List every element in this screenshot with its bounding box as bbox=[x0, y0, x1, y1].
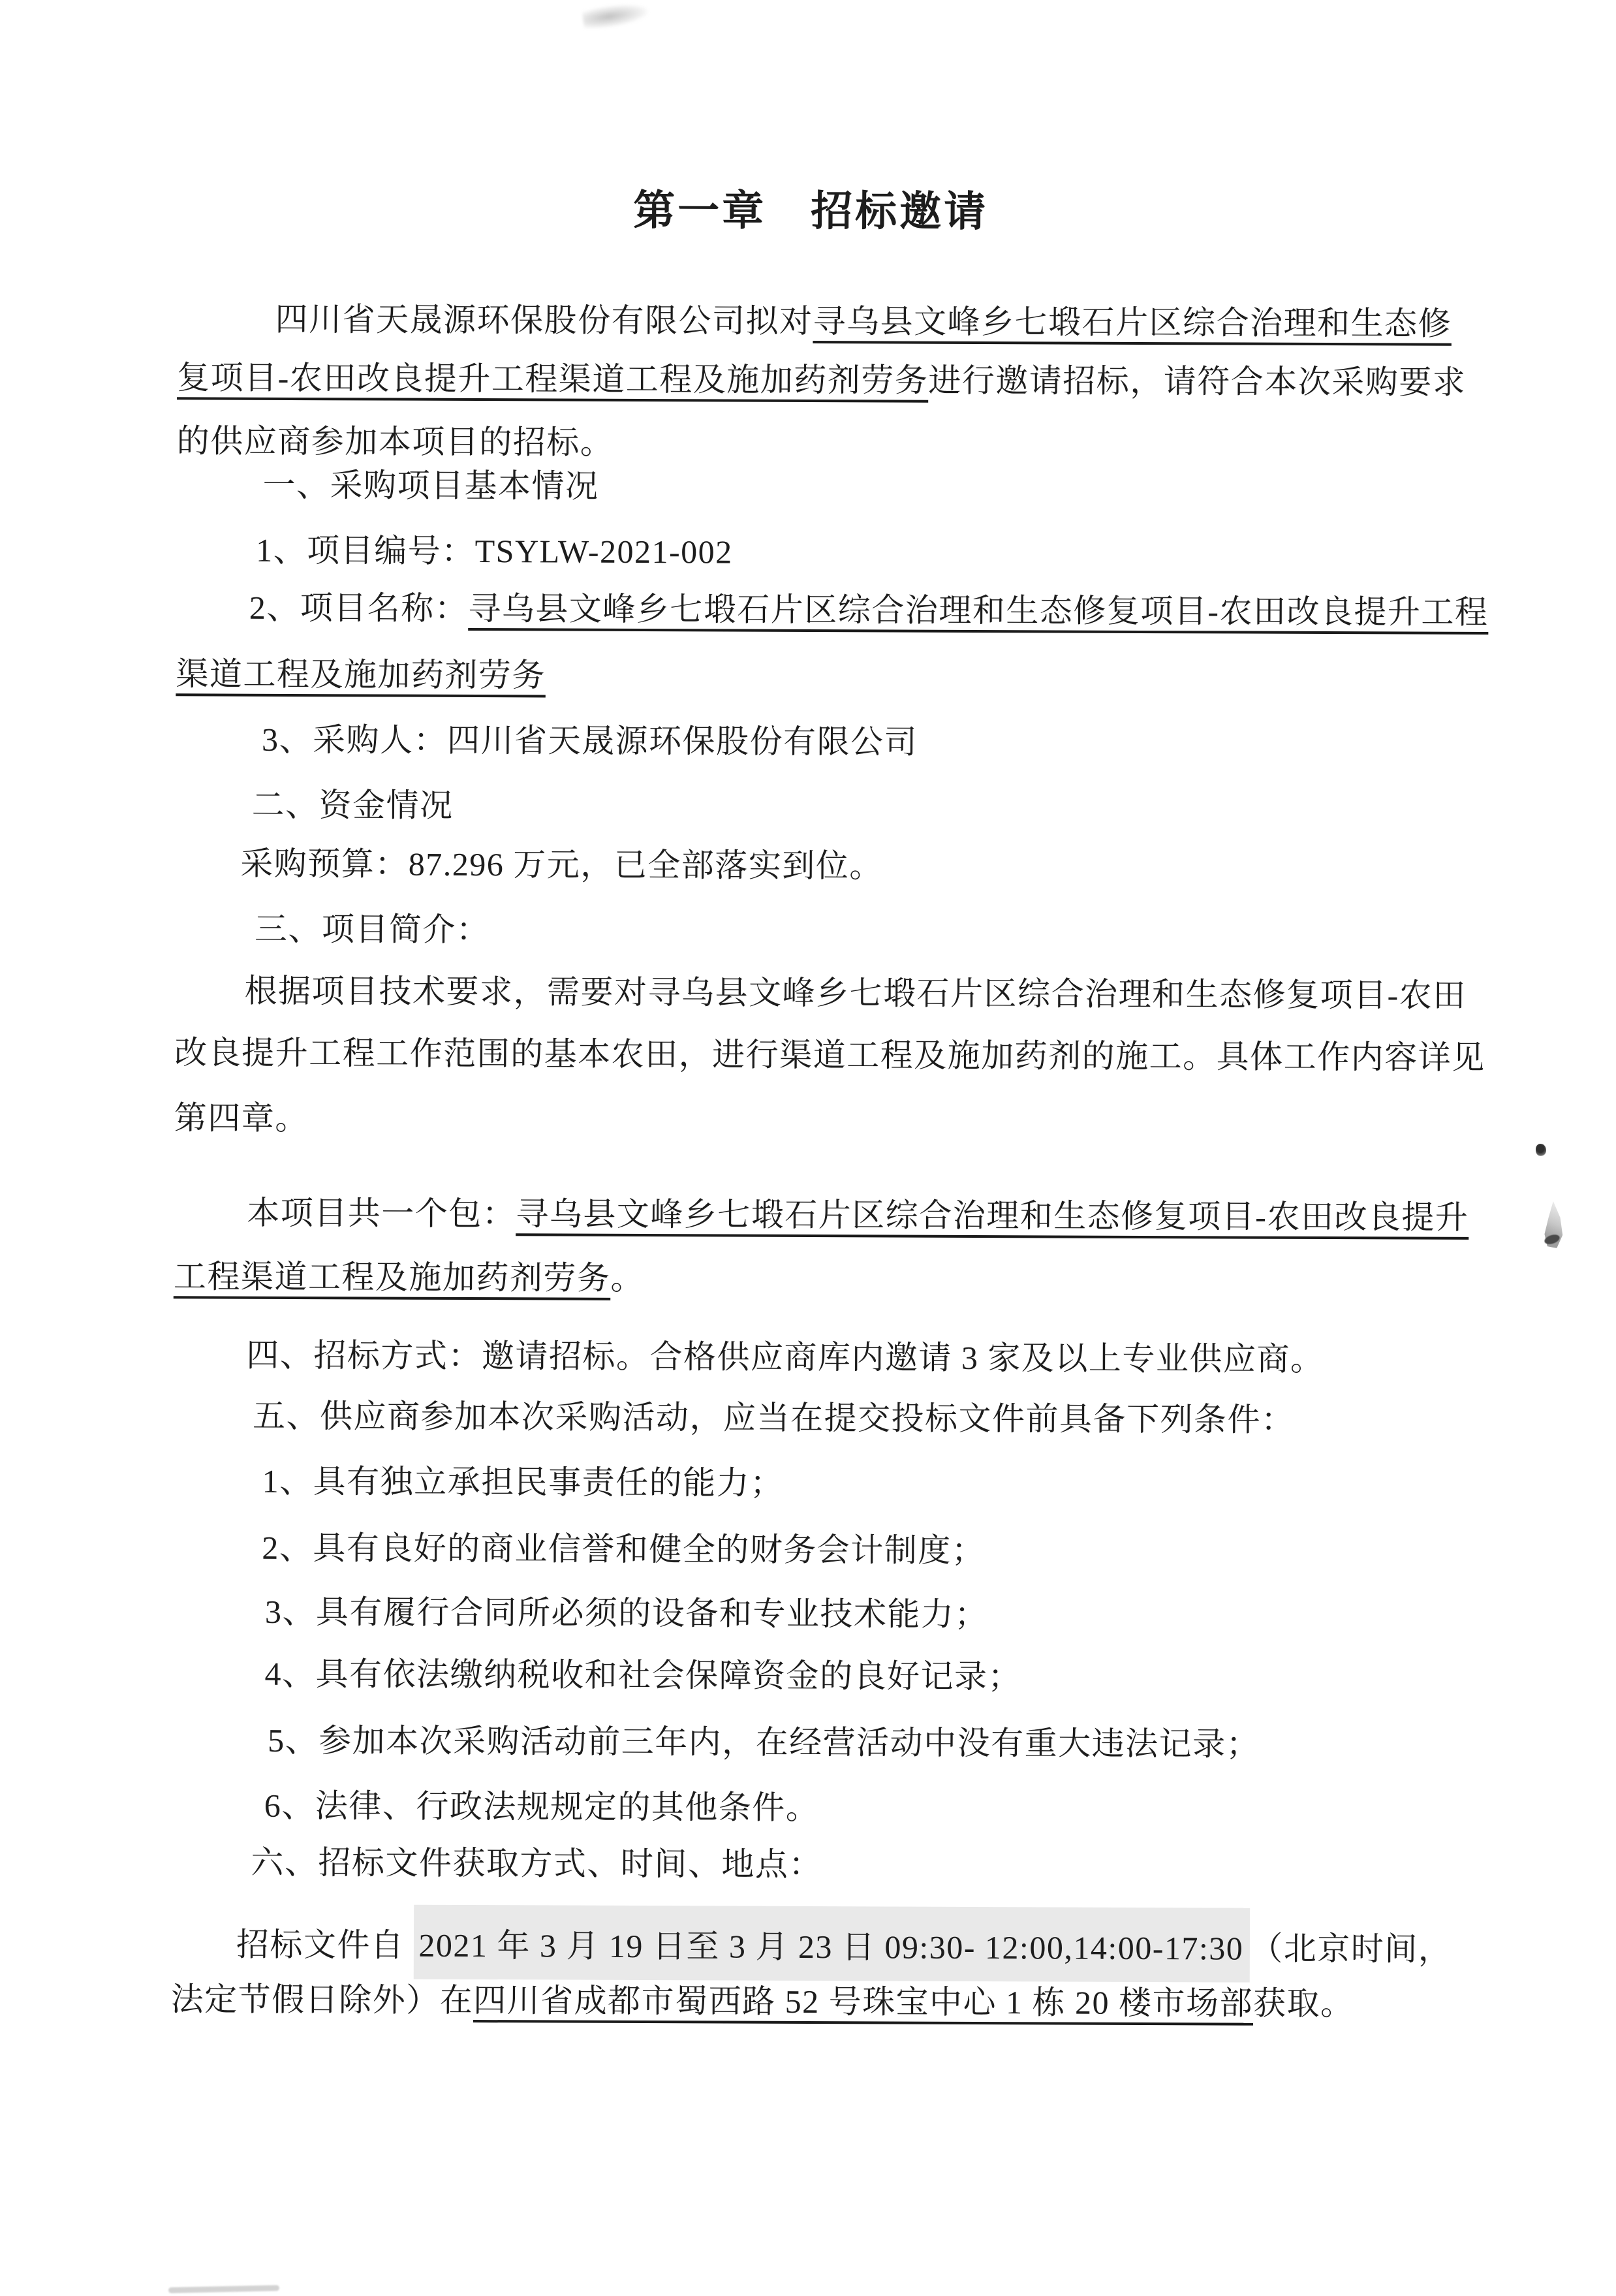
item-project-name-line-2: 渠道工程及施加药剂劳务 bbox=[176, 655, 546, 694]
scan-artifact-ink-speck bbox=[1536, 1144, 1546, 1156]
scan-artifact-paper-curl bbox=[1540, 1201, 1564, 1248]
intro-paragraph-line-3: 的供应商参加本项目的招标。 bbox=[177, 422, 614, 462]
project-brief-line-3: 第四章。 bbox=[174, 1099, 309, 1137]
section-2-heading: 二、资金情况 bbox=[252, 786, 454, 825]
condition-item-5: 5、参加本次采购活动前三年内，在经营活动中没有重大违法记录； bbox=[268, 1722, 1260, 1763]
section-5-supplier-conditions: 五、供应商参加本次采购活动，应当在提交投标文件前具备下列条件： bbox=[253, 1397, 1295, 1439]
condition-item-2: 2、具有良好的商业信誉和健全的财务会计制度； bbox=[262, 1529, 985, 1569]
condition-item-1: 1、具有独立承担民事责任的能力； bbox=[262, 1462, 784, 1502]
item-purchaser: 3、采购人：四川省天晟源环保股份有限公司 bbox=[262, 721, 918, 761]
package-line-1: 本项目共一个包：寻乌县文峰乡七塅石片区综合治理和生态修复项目-农田改良提升 bbox=[247, 1194, 1468, 1236]
budget-line: 采购预算：87.296 万元，已全部落实到位。 bbox=[240, 845, 883, 885]
item-project-name-line-1: 2、项目名称：寻乌县文峰乡七塅石片区综合治理和生态修复项目-农田改良提升工程 bbox=[249, 589, 1489, 631]
package-name-underlined: 寻乌县文峰乡七塅石片区综合治理和生态修复项目-农田改良提升 bbox=[516, 1195, 1468, 1236]
condition-item-3: 3、具有履行合同所必须的设备和专业技术能力； bbox=[265, 1593, 988, 1633]
condition-item-4: 4、具有依法缴纳税收和社会保障资金的良好记录； bbox=[264, 1655, 1021, 1695]
item-project-number: 1、项目编号：TSYLW-2021-002 bbox=[256, 531, 733, 571]
package-name-underlined: 工程渠道工程及施加药剂劳务 bbox=[174, 1258, 611, 1297]
package-line-2: 工程渠道工程及施加药剂劳务。 bbox=[174, 1257, 644, 1297]
intro-text: 的供应商参加本项目的招标。 bbox=[177, 422, 614, 461]
project-brief-line-2: 改良提升工程工作范围的基本农田，进行渠道工程及施加药剂的施工。具体工作内容详见 bbox=[174, 1033, 1485, 1077]
address-underlined: 四川省成都市蜀西路 52 号珠宝中心 1 栋 20 楼市场部 bbox=[473, 1982, 1253, 2022]
project-brief-line-1: 根据项目技术要求，需要对寻乌县文峰乡七塅石片区综合治理和生态修复项目-农田 bbox=[244, 972, 1466, 1014]
chapter-title: 第一章 招标邀请 bbox=[3, 174, 1616, 241]
date-time-highlighted: 2021 年 3 月 19 日至 3 月 23 日 09:30- 12:00,1… bbox=[413, 1905, 1250, 1983]
condition-item-6: 6、法律、行政法规规定的其他条件。 bbox=[264, 1787, 820, 1827]
scanned-document-page: 第一章 招标邀请 四川省天晟源环保股份有限公司拟对寻乌县文峰乡七塅石片区综合治理… bbox=[0, 0, 1616, 2296]
project-name-underlined: 渠道工程及施加药剂劳务 bbox=[176, 655, 546, 693]
project-name-underlined: 复项目-农田改良提升工程渠道工程及施加药剂劳务 bbox=[177, 359, 928, 398]
project-name-underlined: 寻乌县文峰乡七塅石片区综合治理和生态修 bbox=[813, 303, 1452, 342]
section-6-heading: 六、招标文件获取方式、时间、地点： bbox=[251, 1844, 822, 1883]
section-4-bid-method: 四、招标方式：邀请招标。合格供应商库内邀请 3 家及以上专业供应商。 bbox=[246, 1336, 1324, 1378]
project-name-underlined: 寻乌县文峰乡七塅石片区综合治理和生态修复项目-农田改良提升工程 bbox=[468, 590, 1488, 631]
intro-paragraph-line-2: 复项目-农田改良提升工程渠道工程及施加药剂劳务进行邀请招标，请符合本次采购要求 bbox=[177, 358, 1466, 401]
document-obtain-line-2: 法定节假日除外）在四川省成都市蜀西路 52 号珠宝中心 1 栋 20 楼市场部获… bbox=[171, 1980, 1354, 2022]
intro-text: 进行邀请招标，请符合本次采购要求 bbox=[928, 362, 1466, 401]
document-obtain-line-1: 招标文件自 2021 年 3 月 19 日至 3 月 23 日 09:30- 1… bbox=[236, 1926, 1452, 1968]
intro-paragraph-line-1: 四川省天晟源环保股份有限公司拟对寻乌县文峰乡七塅石片区综合治理和生态修 bbox=[275, 300, 1452, 343]
section-3-heading: 三、项目简介： bbox=[255, 910, 490, 949]
section-1-heading: 一、采购项目基本情况 bbox=[262, 466, 598, 505]
intro-text: 四川省天晟源环保股份有限公司拟对 bbox=[275, 301, 813, 339]
